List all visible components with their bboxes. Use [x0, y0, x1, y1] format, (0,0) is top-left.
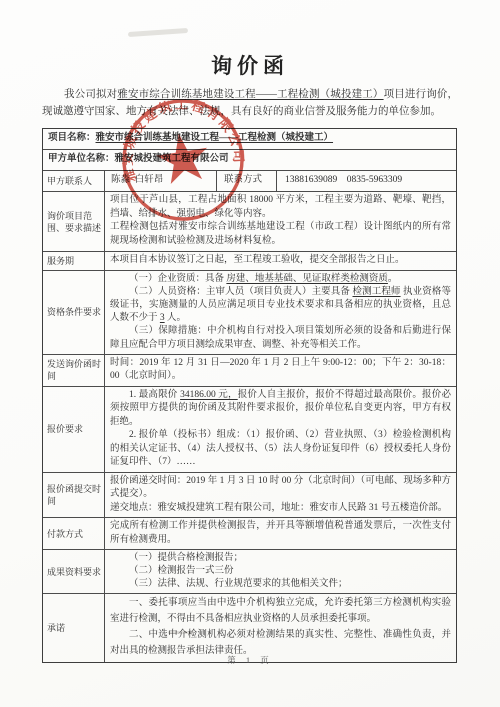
- submit-time-content-cell: 报价函递交时间：2019 年 1 月 3 日 10 时 00 分（北京时间）（可…: [105, 473, 456, 518]
- payment-content-cell: 完成所有检测工作并提供检测报告，并开具等额增值税普通发票后，一次性支付所有检测费…: [105, 518, 456, 549]
- page-number: 第 1 页: [0, 654, 500, 666]
- qualification-label-cell: 资格条件要求: [43, 271, 105, 354]
- row-deliverables: 成果资料要求 （一）提供合格检测报告； （二）检测报告一式三份 （三）法律、法规…: [43, 549, 456, 593]
- contact-label-cell: 甲方联系人: [43, 171, 105, 191]
- deliverables-content-cell: （一）提供合格检测报告； （二）检测报告一式三份 （三）法律、法规、行业规范要求…: [105, 550, 456, 593]
- quote-requirements-content-cell: 1. 最高限价 34186.00 元，报价人自主报价，报价不得超过最高限价。报价…: [105, 387, 456, 472]
- deliverable-item-3: （三）法律、法规、行业规范要求的其他相关文件；: [110, 578, 451, 591]
- phone-numbers-cell: 13881639089 0835-5963309: [277, 171, 456, 191]
- send-time-content-cell: 时间：2019 年 12 月 31 日—2020 年 1 月 2 日上午 9:0…: [105, 355, 456, 386]
- quote-requirement-1-pre: 1. 最高限价: [129, 390, 180, 400]
- company-seal-stamp: 雅安城投建筑工程有限公司: [107, 84, 259, 236]
- qualification-content-cell: （一）企业资质：具备 房建、地基基础、见证取样类检测资质。 （二）人员资格：主审…: [105, 271, 456, 354]
- max-price-underlined: 34186.00 元，: [180, 390, 238, 400]
- submit-time-paragraph-2: 递交地点：雅安城投建筑工程有限公司，地址：雅安市人民路 31 号五楼造价部。: [110, 502, 451, 516]
- qualification-item-1-pre: （一）企业资质：具备: [129, 274, 226, 284]
- commitment-paragraph-1: 一、委托事项应当由中选中介机构独立完成，允许委托第三方检测机构实验室进行检测，不…: [110, 596, 451, 627]
- qualification-item-2-underlined: 检测工程师: [353, 287, 401, 297]
- qualification-item-3: （三）保障措施：中介机构自行对投入项目策划所必须的设备和后勤进行保障且应配合甲方…: [110, 325, 451, 351]
- submit-time-label-cell: 报价函提交时间: [43, 473, 105, 518]
- send-time-label-cell: 发送询价函时间: [43, 355, 105, 386]
- scope-label-cell: 询价项目范围、要求描述: [43, 192, 105, 251]
- qualification-item-2-post: 人。: [165, 313, 186, 323]
- project-name-label: 项目名称：: [48, 132, 96, 146]
- seal-star-icon: [153, 129, 211, 185]
- service-period-content-cell: 本项目自本协议签订之日起，至工程竣工验收，提交全部报告之日止。: [105, 252, 456, 270]
- qualification-item-2: （二）人员资格：主审人员（项目负责人）主要具备 检测工程师 执业资格等级证书，实…: [110, 286, 451, 326]
- row-service-period: 服务期 本项目自本协议签订之日起，至工程竣工验收，提交全部报告之日止。: [43, 251, 456, 270]
- row-send-time: 发送询价函时间 时间：2019 年 12 月 31 日—2020 年 1 月 2…: [43, 354, 456, 386]
- qualification-item-2-pre: （二）人员资格：主审人员（项目负责人）主要具备: [129, 287, 353, 297]
- row-payment: 付款方式 完成所有检测工作并提供检测报告，并开具等额增值税普通发票后，一次性支付…: [43, 517, 456, 549]
- commitment-label-cell: 承诺: [43, 594, 105, 662]
- row-qualification: 资格条件要求 （一）企业资质：具备 房建、地基基础、见证取样类检测资质。 （二）…: [43, 270, 456, 354]
- submit-time-paragraph-1: 报价函递交时间：2019 年 1 月 3 日 10 时 00 分（北京时间）（可…: [110, 475, 451, 502]
- page-title: 询价函: [0, 0, 500, 80]
- payment-label-cell: 付款方式: [43, 518, 105, 549]
- row-submit-time: 报价函提交时间 报价函递交时间：2019 年 1 月 3 日 10 时 00 分…: [43, 472, 456, 518]
- inquiry-letter-document: 询价函 我公司拟对雅安市综合训练基地建设工程——工程检测（城投建工）项目进行询价…: [0, 0, 500, 707]
- row-commitment: 承诺 一、委托事项应当由中选中介机构独立完成，允许委托第三方检测机构实验室进行检…: [43, 593, 456, 662]
- quote-requirements-label-cell: 报价要求: [43, 387, 105, 472]
- quote-requirement-1: 1. 最高限价 34186.00 元，报价人自主报价，报价不得超过最高限价。报价…: [110, 389, 451, 430]
- deliverable-item-2: （二）检测报告一式三份: [110, 565, 451, 578]
- deliverable-item-1: （一）提供合格检测报告；: [110, 552, 451, 565]
- payment-text: 完成所有检测工作并提供检测报告，并开具等额增值税普通发票后，一次性支付所有检测费…: [110, 520, 451, 547]
- qualification-item-1-underlined: 房建、地基基础、见证取样类检测资质: [226, 274, 388, 284]
- deliverables-label-cell: 成果资料要求: [43, 550, 105, 593]
- quote-requirement-2: 2. 报价单（投标书）组成：（1）报价函、（2）营业执照、（3）检验检测机构的相…: [110, 429, 451, 470]
- service-period-label-cell: 服务期: [43, 252, 105, 270]
- service-period-text: 本项目自本协议签订之日起，至工程竣工验收，提交全部报告之日止。: [110, 254, 405, 268]
- send-time-text: 时间：2019 年 12 月 31 日—2020 年 1 月 2 日上午 9:0…: [110, 357, 451, 384]
- qualification-item-1-post: 。: [388, 274, 398, 284]
- qualification-item-1: （一）企业资质：具备 房建、地基基础、见证取样类检测资质。: [110, 273, 451, 286]
- party-a-label: 甲方单位名称：: [48, 153, 115, 167]
- row-quote-requirements: 报价要求 1. 最高限价 34186.00 元，报价人自主报价，报价不得超过最高…: [43, 386, 456, 472]
- commitment-content-cell: 一、委托事项应当由中选中介机构独立完成，允许委托第三方检测机构实验室进行检测，不…: [105, 594, 456, 662]
